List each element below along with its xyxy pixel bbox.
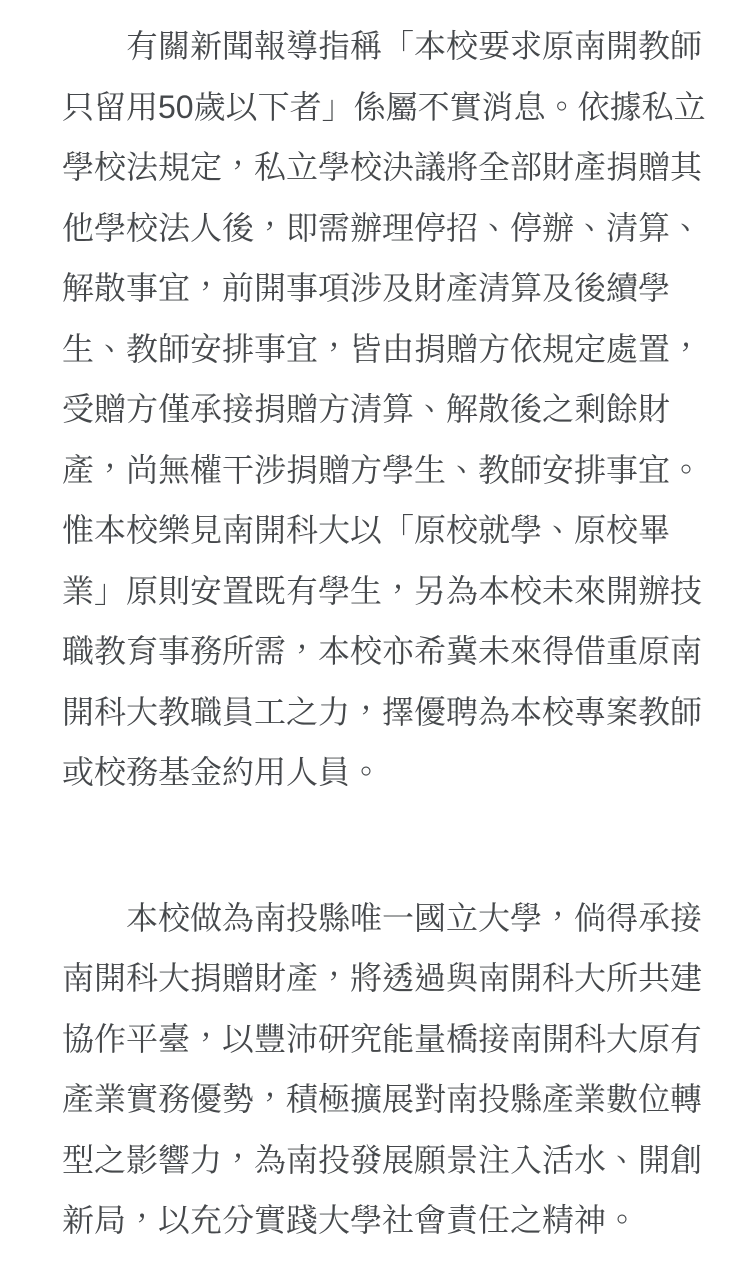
paragraph-university-vision: 本校做為南投縣唯一國立大學，倘得承接 南開科大捐贈財產，將透過與南開科大所共建 …	[62, 888, 709, 1251]
paragraph-clarification-statement: 有關新聞報導指稱「本校要求原南開教師 只留用50歲以下者」係屬不實消息。依據私立…	[62, 16, 709, 803]
document-page: 有關新聞報導指稱「本校要求原南開教師 只留用50歲以下者」係屬不實消息。依據私立…	[0, 0, 747, 1280]
